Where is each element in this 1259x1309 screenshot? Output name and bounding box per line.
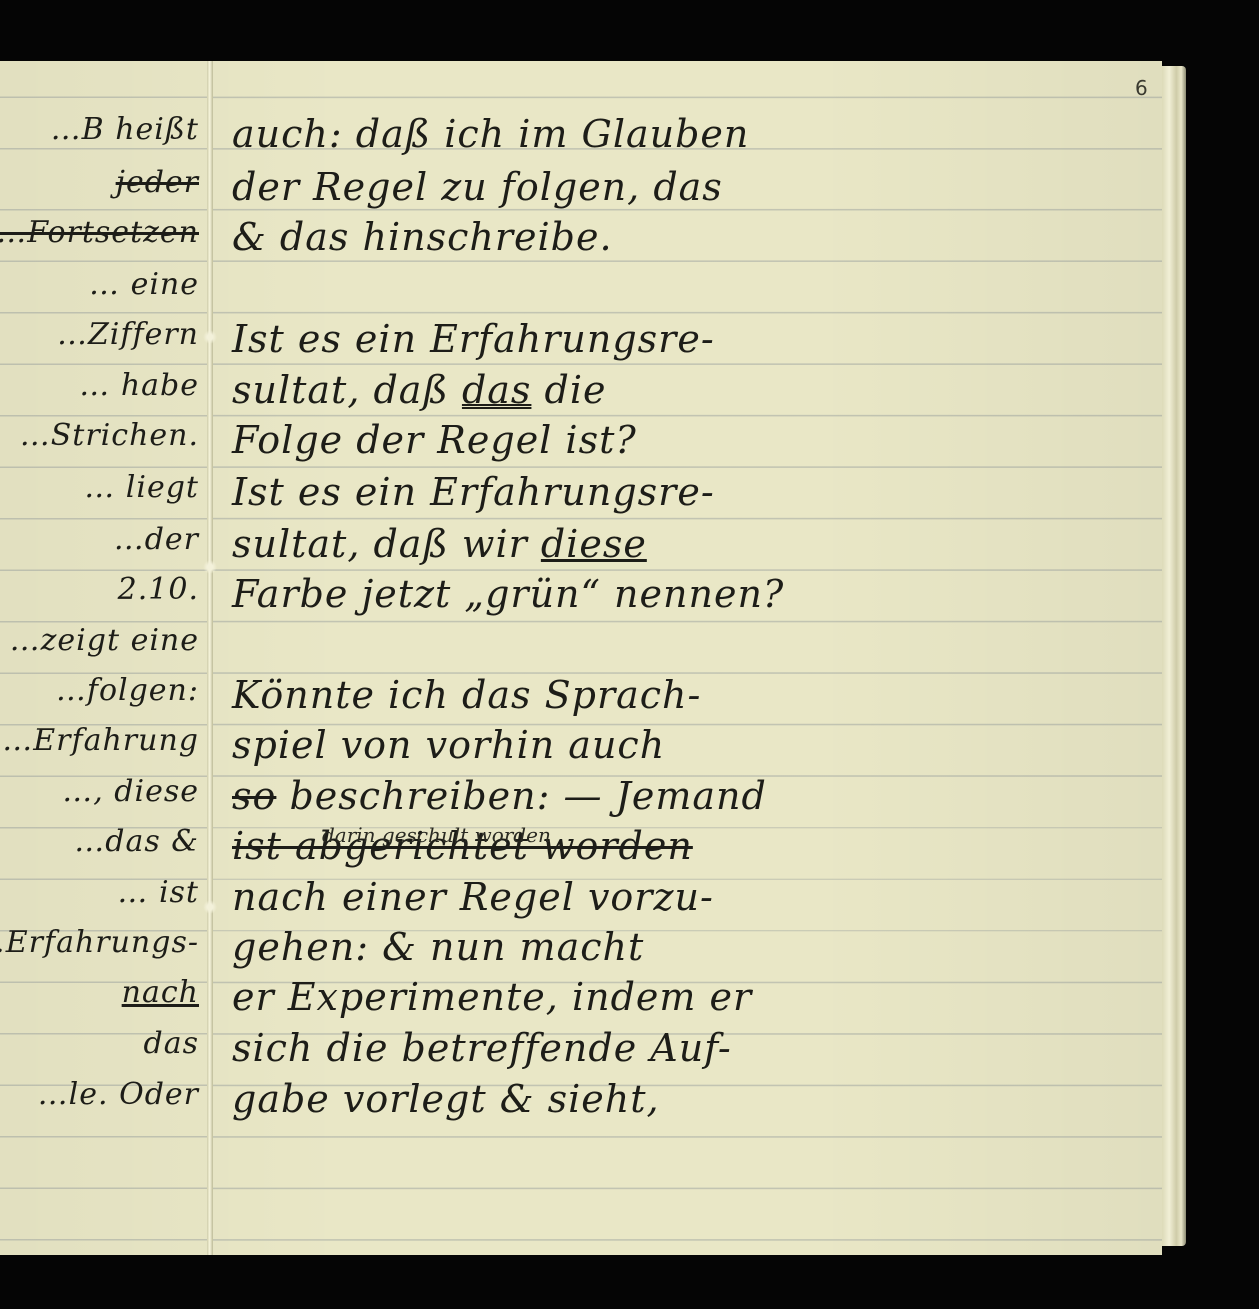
handwritten-line: … ist [117,875,199,910]
handwritten-line: auch: daß ich im Glauben [232,112,749,156]
handwritten-line: gehen: & nun macht [232,925,644,969]
handwritten-line: …Strichen. [20,418,199,453]
handwritten-line: sultat, daß das die [232,368,606,412]
handwritten-line: Könnte ich das Sprach- [232,673,701,717]
left-page: …B heißtjeder…Fortsetzen… eine…Ziffern… … [0,61,209,1255]
handwritten-line: … liegt [84,470,199,505]
handwritten-line: nach einer Regel vorzu- [232,875,714,919]
center-fold [207,61,213,1255]
handwritten-line: das [144,1026,200,1061]
handwritten-line: jeder [116,165,199,200]
handwritten-line: … eine [89,267,199,302]
handwritten-line: & das hinschreibe. [232,215,613,259]
emphasized-word: das [462,368,531,412]
binding-stitch [203,560,217,574]
handwritten-line: Farbe jetzt „grün“ nennen? [232,572,784,616]
handwritten-line: so beschreiben: — Jemand [232,774,767,818]
page-stack-edge [1162,66,1186,1246]
handwritten-line: …, diese [62,774,199,809]
notebook-spread: …B heißtjeder…Fortsetzen… eine…Ziffern… … [0,61,1162,1255]
handwritten-line: sultat, daß wir diese [232,522,647,566]
handwritten-line: …der [114,522,199,557]
handwritten-line: er Experimente, indem er [232,975,752,1019]
handwritten-line: nach [122,975,199,1010]
handwritten-line: …Erfahrung [2,723,199,758]
handwritten-line: sich die betreffende Auf- [232,1026,732,1070]
binding-stitch [203,330,217,344]
page-number: 6 [1135,76,1148,100]
handwritten-line: 2.10. [118,572,199,607]
handwritten-line: Ist es ein Erfahrungsre- [232,470,715,514]
right-page: auch: daß ich im Glaubender Regel zu fol… [212,61,1162,1255]
handwritten-line: Ist es ein Erfahrungsre- [232,317,715,361]
emphasized-word: diese [541,522,647,566]
handwritten-line: … habe [79,368,199,403]
handwritten-line: …das & [74,824,199,859]
handwritten-line: …folgen: [56,673,199,708]
handwritten-line: …Fortsetzen [0,215,199,250]
interlinear-insert: darin geschult worden [322,823,551,847]
handwritten-line: …zeigt eine [10,623,199,658]
handwritten-line: der Regel zu folgen, das [232,165,723,209]
handwritten-line: gabe vorlegt & sieht, [232,1077,660,1121]
handwritten-line: …Erfahrungs- [0,925,199,960]
handwritten-line: Folge der Regel ist? [232,418,637,462]
binding-stitch [203,900,217,914]
handwritten-line: …Ziffern [57,317,199,352]
handwritten-line: spiel von vorhin auch [232,723,665,767]
handwritten-line: …B heißt [51,112,199,147]
handwritten-line: …le. Oder [38,1077,199,1112]
struck-word: so [232,774,276,818]
